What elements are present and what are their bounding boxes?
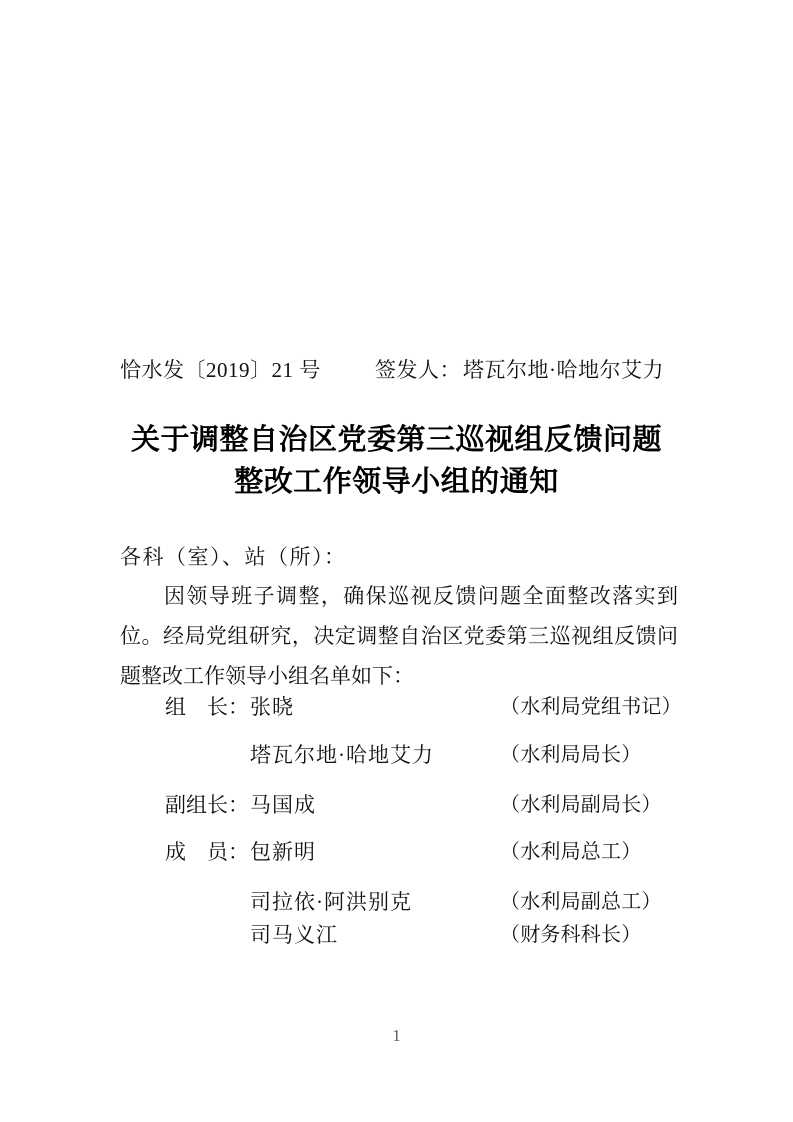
roster-row: 司拉依·阿洪别克 （水利局副总工） [120,890,710,916]
body-paragraph: 因领导班子调整，确保巡视反馈问题全面整改落实到 位。经局党组研究，决定调整自治区… [120,576,678,696]
member-position: （水利局党组书记） [500,695,682,719]
paragraph-line: 位。经局党组研究，决定调整自治区党委第三巡视组反馈问 [120,616,678,656]
leading-group-roster: 组 长： 张晓 （水利局党组书记） 塔瓦尔地·哈地艾力 （水利局局长） 副组长：… [120,690,710,970]
member-name: 司拉依·阿洪别克 [250,890,412,914]
member-position: （水利局总工） [500,840,641,864]
salutation: 各科（室）、站（所）： [120,541,347,571]
member-position: （水利局副局长） [500,793,662,817]
issuer-name: 塔瓦尔地·哈地尔艾力 [463,358,664,382]
issuer-line: 签发人：塔瓦尔地·哈地尔艾力 [375,354,664,384]
member-name: 塔瓦尔地·哈地艾力 [250,743,434,767]
member-name: 司马义江 [250,923,338,947]
issuer-label: 签发人： [375,358,461,382]
roster-row: 司马义江 （财务科科长） [120,923,710,949]
page-number: 1 [0,1026,793,1046]
roster-role-label: 副组长： [165,793,249,817]
member-position: （财务科科长） [500,923,641,947]
document-title-line2: 整改工作领导小组的通知 [0,461,793,503]
document-title-line1: 关于调整自治区党委第三巡视组反馈问题 [0,419,793,461]
member-name: 张晓 [250,695,294,719]
roster-row: 成 员： 包新明 （水利局总工） [120,840,710,866]
paragraph-line: 因领导班子调整，确保巡视反馈问题全面整改落实到 [120,576,678,616]
member-position: （水利局局长） [500,743,641,767]
document-title: 关于调整自治区党委第三巡视组反馈问题 整改工作领导小组的通知 [0,419,793,503]
member-name: 包新明 [250,840,316,864]
doc-number: 恰水发〔2019〕21 号 [120,354,321,384]
roster-row: 组 长： 张晓 （水利局党组书记） [120,695,710,721]
document-page: 恰水发〔2019〕21 号 签发人：塔瓦尔地·哈地尔艾力 关于调整自治区党委第三… [0,0,793,1122]
roster-role-label: 组 长： [165,695,249,719]
roster-row: 副组长： 马国成 （水利局副局长） [120,793,710,819]
roster-role-label: 成 员： [165,840,249,864]
member-name: 马国成 [250,793,316,817]
member-position: （水利局副总工） [500,890,662,914]
roster-row: 塔瓦尔地·哈地艾力 （水利局局长） [120,743,710,769]
